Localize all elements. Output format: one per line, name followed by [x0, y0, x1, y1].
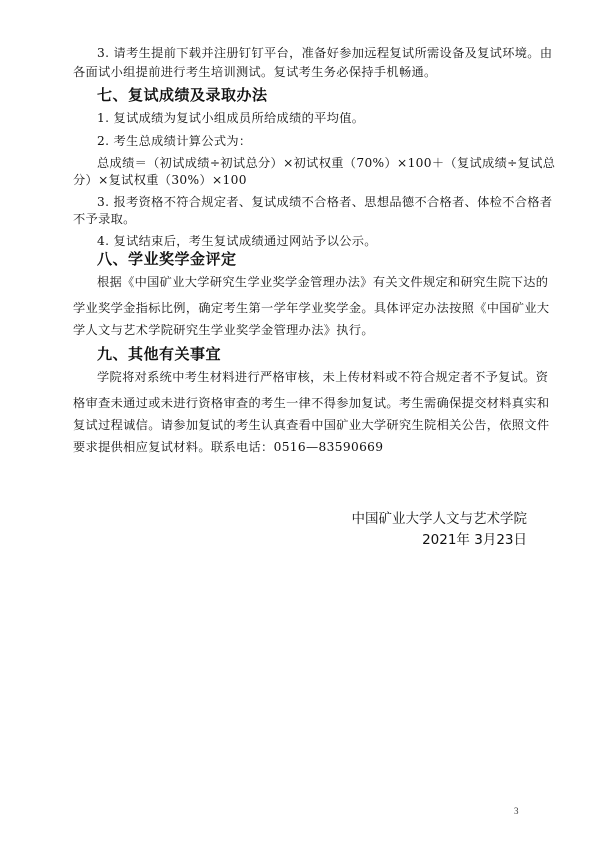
section-heading-9: 九、其他有关事宜 — [97, 345, 221, 363]
paragraph-line: 学人文与艺术学院研究生学业奖学金管理办法》执行。 — [73, 322, 529, 338]
paragraph-line: 各面试小组提前进行考生培训测试。复试考生务必保持手机畅通。 — [73, 64, 529, 80]
paragraph-line: 格审查未通过或未进行资格审查的考生一律不得参加复试。考生需确保提交材料真实和 — [73, 395, 529, 411]
paragraph-line: 1. 复试成绩为复试小组成员所给成绩的平均值。 — [97, 110, 529, 126]
paragraph-line: 不予录取。 — [73, 211, 529, 227]
paragraph-line: 3. 报考资格不符合规定者、复试成绩不合格者、思想品德不合格者、体检不合格者 — [97, 194, 529, 210]
formula-line: 分）×复试权重（30%）×100 — [73, 172, 529, 188]
formula-line: 总成绩＝（初试成绩÷初试总分）×初试权重（70%）×100＋（复试成绩÷复试总 — [97, 155, 529, 171]
signature-date: 2021年 3月23日 — [422, 531, 527, 549]
paragraph-line: 学院将对系统中考生材料进行严格审核，未上传材料或不符合规定者不予复试。资 — [97, 369, 529, 385]
paragraph-line: 4. 复试结束后，考生复试成绩通过网站予以公示。 — [97, 233, 529, 249]
section-heading-7: 七、复试成绩及录取办法 — [97, 86, 268, 104]
paragraph-line: 3. 请考生提前下载并注册钉钉平台，准备好参加远程复试所需设备及复试环境。由 — [97, 45, 529, 61]
page-number: 3 — [514, 806, 519, 816]
paragraph-line: 学业奖学金指标比例，确定考生第一学年学业奖学金。具体评定办法按照《中国矿业大 — [73, 300, 529, 316]
section-heading-8: 八、学业奖学金评定 — [97, 250, 237, 268]
paragraph-line: 要求提供相应复试材料。联系电话：0516—83590669 — [73, 439, 529, 455]
signature-org: 中国矿业大学人文与艺术学院 — [352, 510, 528, 528]
paragraph-line: 根据《中国矿业大学研究生学业奖学金管理办法》有关文件规定和研究生院下达的 — [97, 274, 529, 290]
paragraph-line: 复试过程诚信。请参加复试的考生认真查看中国矿业大学研究生院相关公告，依照文件 — [73, 417, 529, 433]
paragraph-line: 2. 考生总成绩计算公式为： — [97, 133, 529, 149]
